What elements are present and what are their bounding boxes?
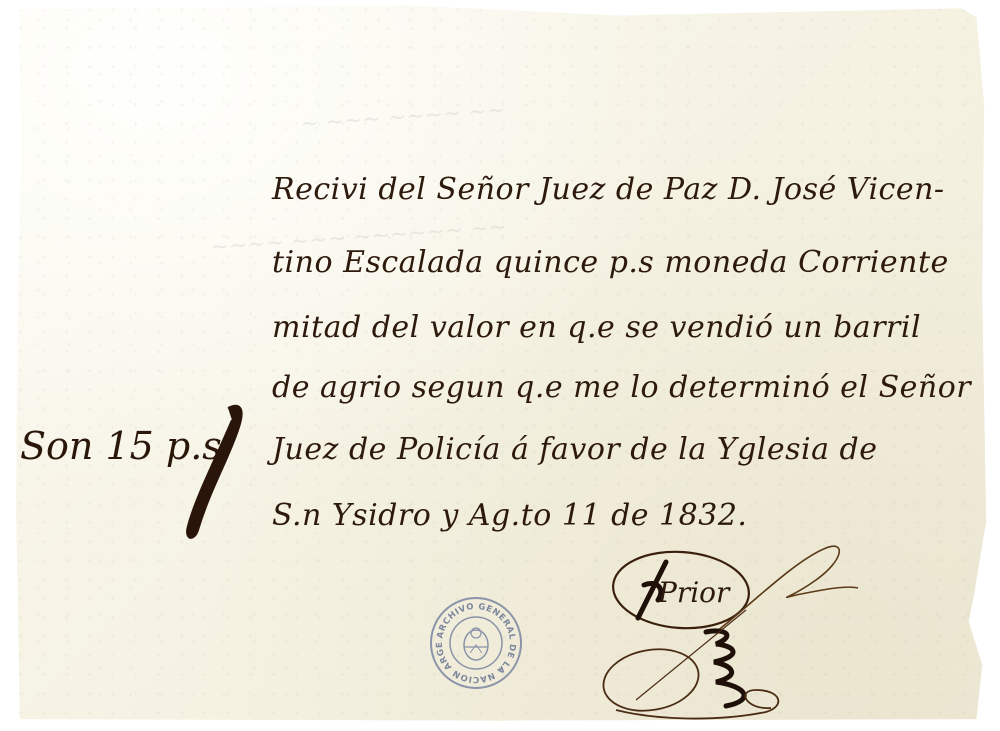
body-line-6-date: S.n Ysidro y Ag.to 11 de 1832. — [272, 498, 747, 533]
body-line-3: mitad del valor en q.e se vendió un barr… — [272, 310, 921, 345]
signature-name: Prior — [657, 576, 731, 609]
bracket-stroke — [180, 400, 250, 545]
svg-text:✦: ✦ — [496, 666, 504, 676]
body-line-1: Recivi del Señor Juez de Paz D. José Vic… — [272, 172, 945, 207]
body-line-2: tino Escalada quince p.s moneda Corrient… — [272, 245, 949, 280]
archive-stamp: ARCHIVO GENERAL DE LA NACION ARGENTINA ✦ — [428, 595, 524, 691]
body-line-5: Juez de Policía á favor de la Yglesia de — [272, 432, 878, 467]
signature-rubric: Prior — [596, 540, 866, 725]
body-line-4: de agrio segun q.e me lo determinó el Se… — [272, 370, 971, 405]
coat-of-arms-icon — [464, 628, 488, 660]
